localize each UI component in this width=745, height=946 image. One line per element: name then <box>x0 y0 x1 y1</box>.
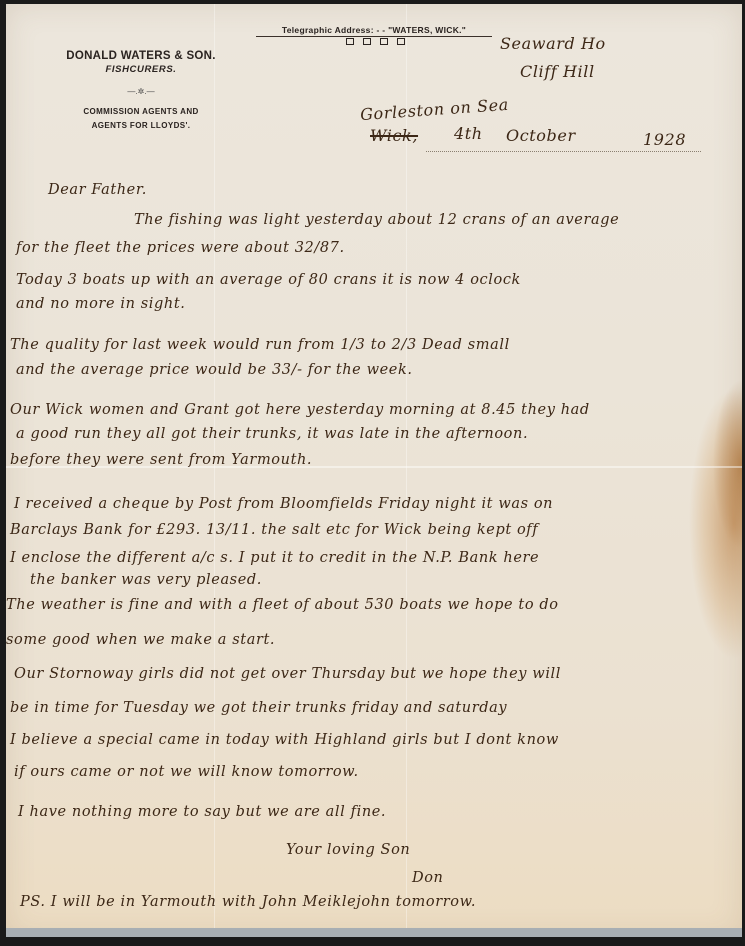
letter-line: I enclose the different a/c s. I put it … <box>10 550 539 566</box>
letterhead-block: DONALD WATERS & SON. FISHCURERS. —.✲.— C… <box>36 50 246 133</box>
square-icon <box>346 38 354 45</box>
date-rule <box>426 151 701 152</box>
closing: Your loving Son <box>286 842 410 858</box>
date-day: 4th <box>454 124 483 143</box>
letter-line: a good run they all got their trunks, it… <box>16 426 528 442</box>
letter-line: The weather is fine and with a fleet of … <box>6 597 559 613</box>
ornament-divider: —.✲.— <box>36 87 246 96</box>
salutation: Dear Father. <box>48 182 147 198</box>
telegraphic-address: Telegraphic Address: - - "WATERS, WICK." <box>256 25 492 37</box>
address-line: Cliff Hill <box>520 62 595 81</box>
letter-line: and the average price would be 33/- for … <box>16 362 413 378</box>
address-town: Gorleston on Sea <box>360 95 510 124</box>
letter-line: Today 3 boats up with an average of 80 c… <box>16 272 521 288</box>
letter-line: Our Stornoway girls did not get over Thu… <box>14 666 561 682</box>
firm-trade: FISHCURERS. <box>36 64 246 75</box>
square-icon <box>380 38 388 45</box>
letter-line: Our Wick women and Grant got here yester… <box>10 402 590 418</box>
letter-line: Barclays Bank for £293. 13/11. the salt … <box>10 522 538 538</box>
code-boxes <box>346 38 405 45</box>
letter-line: some good when we make a start. <box>6 632 275 648</box>
letter-line: I received a cheque by Post from Bloomfi… <box>14 496 553 512</box>
background-strip <box>6 928 742 937</box>
firm-name: DONALD WATERS & SON. <box>36 50 246 62</box>
letter-line: and no more in sight. <box>16 296 185 312</box>
letter-line: The fishing was light yesterday about 12… <box>134 212 619 228</box>
struck-town: Wick, <box>370 126 418 145</box>
date-year: 1928 <box>643 130 686 149</box>
letter-line: be in time for Tuesday we got their trun… <box>10 700 507 716</box>
agent-line: COMMISSION AGENTS AND <box>36 105 246 119</box>
letter-line: I have nothing more to say but we are al… <box>18 804 386 820</box>
square-icon <box>363 38 371 45</box>
letter-line: if ours came or not we will know tomorro… <box>14 764 359 780</box>
letter-sheet: DONALD WATERS & SON. FISHCURERS. —.✲.— C… <box>6 4 742 937</box>
postscript: PS. I will be in Yarmouth with John Meik… <box>20 894 476 910</box>
letter-line: before they were sent from Yarmouth. <box>10 452 312 468</box>
letter-line: the banker was very pleased. <box>30 572 262 588</box>
paper-fold <box>214 4 215 937</box>
agent-line: AGENTS FOR LLOYDS'. <box>36 119 246 133</box>
square-icon <box>397 38 405 45</box>
date-month: October <box>506 126 576 145</box>
letter-line: for the fleet the prices were about 32/8… <box>16 240 345 256</box>
letter-line: I believe a special came in today with H… <box>10 732 559 748</box>
address-line: Seaward Ho <box>500 34 606 53</box>
signature: Don <box>412 870 444 886</box>
letter-line: The quality for last week would run from… <box>10 337 510 353</box>
